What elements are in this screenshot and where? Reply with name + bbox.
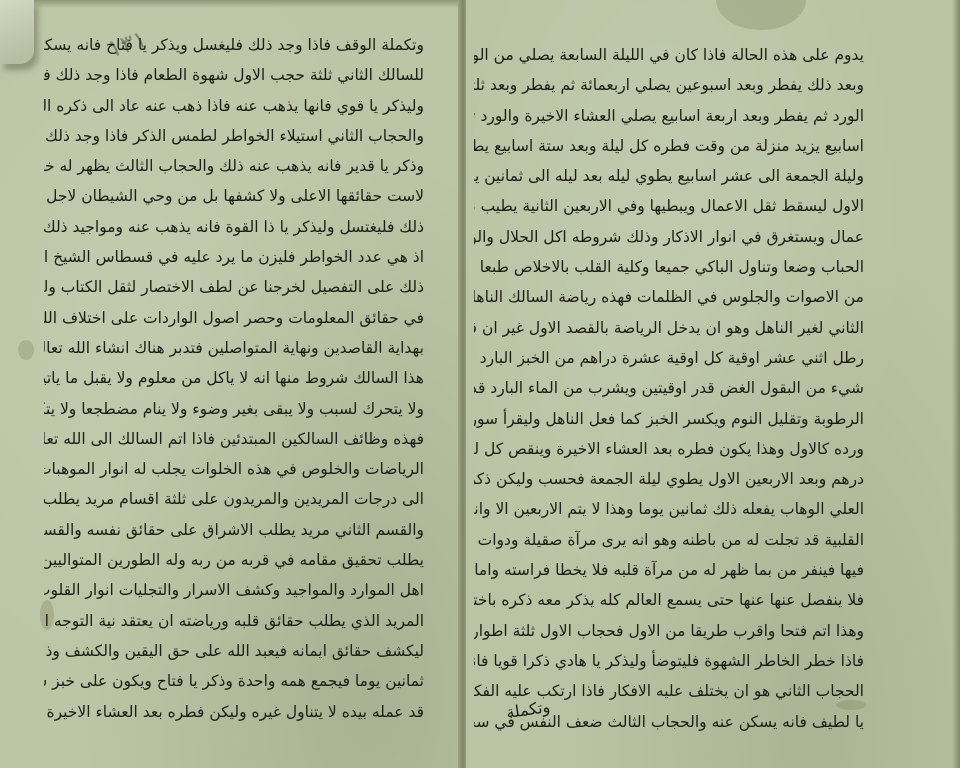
stain [18, 340, 34, 360]
text-line: ولا يتحرك لسبب ولا يبقى بغير وضوء ولا ين… [44, 394, 424, 424]
text-line: ليكشف حقائق ايمانه فيعبد الله على حق الي… [44, 636, 424, 666]
text-line: عمال ويستغرق في انوار الاذكار وذلك شروطه… [474, 222, 864, 252]
text-line: الرطوبة وتقليل النوم ويكسر الخبز كما فعل… [474, 404, 864, 434]
text-line: ذلك على التفصيل لخرجنا عن لطف الاختصار ل… [44, 272, 424, 302]
stain [716, 0, 806, 30]
text-line: الرياضات والخلوص في هذه الخلوات يجلب له … [44, 454, 424, 484]
right-page: يدوم على هذه الحالة فاذا كان في الليلة ا… [466, 0, 960, 768]
text-line: بهداية القاصدين ونهاية المتواصلين فتدبر … [44, 333, 424, 363]
page-top-edge [18, 0, 458, 8]
text-line: والحجاب الثاني استيلاء الخواطر لطمس الذك… [44, 121, 424, 151]
text-line: الاول ليسقط ثقل الاعمال ويبطيها وفي الار… [474, 191, 864, 221]
text-line: ورده كالاول وهذا يكون فطره بعد العشاء ال… [474, 434, 864, 464]
text-line: والقسم الثاني مريد يطلب الاشراق على حقائ… [44, 515, 424, 545]
text-line: فهذه وظائف السالكين المبتدئين فاذا اتم ا… [44, 424, 424, 454]
left-page: ١٣١ وتكملة الوقف فاذا وجد ذلك فليغسل ويذ… [0, 0, 463, 768]
text-line: فيها فينفر من بما ظهر له من مرآة قلبه فل… [474, 555, 864, 585]
text-line: وبعد ذلك يفطر وبعد اسبوعين يصلي اربعمائة… [474, 70, 864, 100]
text-line: وليلة الجمعة الى عشر اسابيع يطوي ليله بع… [474, 161, 864, 191]
text-line: فلا ينفصل عنها عنها حتى يسمع العالم كله … [474, 585, 864, 615]
text-line: المريد الذي يطلب حقائق قلبه ورياضته ان ي… [44, 606, 424, 636]
text-line: يطلب تحقيق مقامه في قربه من ربه وله الطو… [44, 545, 424, 575]
text-line: للسالك الثاني ثلثة حجب الاول شهوة الطعام… [44, 60, 424, 90]
text-line: قد عمله بيده لا يتناول غيره وليكن فطره ب… [44, 697, 424, 727]
text-line: الى درجات المريدين والمريدون على ثلثة اق… [44, 484, 424, 514]
text-line: وذكر يا قدير فانه يذهب عنه ذلك والحجاب ا… [44, 151, 424, 181]
text-line: شيء من البقول الغض قدر اوقيتين ويشرب من … [474, 373, 864, 403]
text-line: يدوم على هذه الحالة فاذا كان في الليلة ا… [474, 40, 864, 70]
text-line: العلي الوهاب يفعله ذلك ثمانين يوما وهذا … [474, 494, 864, 524]
left-text-block: وتكملة الوقف فاذا وجد ذلك فليغسل ويذكر ي… [44, 30, 424, 727]
text-line: في حقائق المعلومات وحصر اصول الواردات عل… [44, 303, 424, 333]
text-line: وليذكر يا قوي فانها يذهب عنه فاذا ذهب عن… [44, 91, 424, 121]
text-line: الحباب وضعا وتناول الباكي جميعا وكلية ال… [474, 252, 864, 282]
text-line: ذلك فليغتسل وليذكر يا ذا القوة فانه يذهب… [44, 212, 424, 242]
text-line: وهذا اتم فتحا واقرب طريقا من الاول فحجاب… [474, 616, 864, 646]
text-line: الثاني لغير الناهل وهو ان يدخل الرياضة ب… [474, 313, 864, 343]
text-line: وتكملة الوقف فاذا وجد ذلك فليغسل ويذكر ي… [44, 30, 424, 60]
text-line: اذ هي عدد الخواطر فليزن ما يرد عليه في ق… [44, 242, 424, 272]
text-line: الورد ثم يفطر وبعد اربعة اسابيع يصلي الع… [474, 101, 864, 131]
text-line: القلبية قد تجلت له من باطنه وهو انه يرى … [474, 525, 864, 555]
text-line: هذا السالك شروط منها انه لا ياكل من معلو… [44, 363, 424, 393]
page-right-edge [952, 0, 960, 768]
manuscript-spread: ١٣١ وتكملة الوقف فاذا وجد ذلك فليغسل ويذ… [0, 0, 960, 768]
text-line: درهم وبعد الاربعين الاول يطوي ليلة الجمع… [474, 464, 864, 494]
text-line: من الاصوات والجلوس في الظلمات فهذه رياضة… [474, 282, 864, 312]
text-line: اهل الموارد والمواجيد وكشف الاسرار والتج… [44, 575, 424, 605]
text-line: اسابيع يزيد منزلة من وقت فطره كل ليلة وب… [474, 131, 864, 161]
text-line: لاست حقائقها الاعلى ولا كشفها بل من وحي … [44, 181, 424, 211]
right-text-block: يدوم على هذه الحالة فاذا كان في الليلة ا… [474, 40, 864, 737]
text-line: فاذا خطر الخاطر الشهوة فليتوضأ وليذكر يا… [474, 646, 864, 676]
text-line: ثمانين يوما فيجمع همه واحدة وذكر يا فتاح… [44, 666, 424, 696]
folded-corner [0, 0, 34, 64]
text-line: رطل اثني عشر اوقية كل اوقية عشرة دراهم م… [474, 343, 864, 373]
